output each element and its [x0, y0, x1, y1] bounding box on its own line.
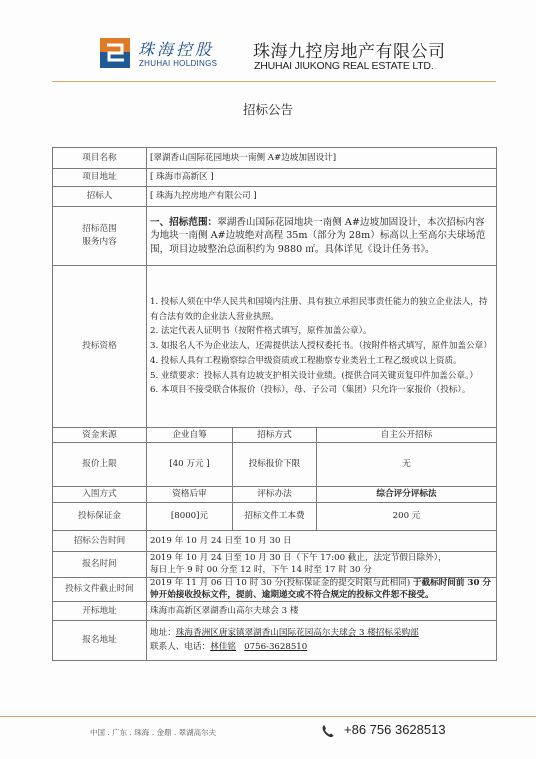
opening-address-label: 开标地址	[53, 602, 147, 621]
logo-english-name: ZHUHAI HOLDINGS	[139, 59, 217, 68]
project-address-label: 项目地址	[53, 169, 147, 187]
tenderer-value: [ 珠海九控房地产有限公司 ]	[147, 187, 497, 207]
project-name-value: [翠湖香山国际花园地块一南侧 A#边坡加固设计]	[147, 148, 497, 169]
tender-notice-table: 项目名称 [翠湖香山国际花园地块一南侧 A#边坡加固设计] 项目地址 [ 珠海市…	[52, 147, 497, 661]
company-name-en: ZHUHAI JIUKONG REAL ESTATE LTD.	[254, 60, 434, 72]
document-fee-label: 招标文件工本费	[233, 503, 317, 531]
project-name-label: 项目名称	[53, 148, 147, 169]
footer-divider	[0, 716, 536, 717]
funding-value: 企业自筹	[147, 428, 233, 443]
shortlist-label: 入围方式	[53, 487, 147, 503]
evaluation-method-value: 综合评分评标法	[317, 487, 497, 503]
signup-address-line: 地址：珠海香洲区唐家镇翠湖香山国际花园高尔夫球会 3 楼招标采购部	[150, 627, 493, 640]
signup-time-value: 2019 年 10 月 24 日至 10 月 30 日（下午 17:00 截止，…	[147, 552, 497, 578]
signup-address: 珠海香洲区唐家镇翠湖香山国际花园高尔夫球会 3 楼招标采购部	[176, 628, 419, 638]
table-row: 资金来源 企业自筹 招标方式 自主公开招标	[53, 428, 497, 443]
logo-chinese-name: 珠海控股	[138, 37, 214, 60]
table-row: 招标范围 服务内容 一、招标范围：翠湖香山国际花园地块一南侧 A#边坡加固设计，…	[53, 207, 497, 266]
contact-phone: 0756-3628510	[244, 642, 307, 652]
deadline-time: 2019 年 11 月 06 日 10 时 30 分(投标保证金的提交时限与此相…	[150, 578, 413, 588]
qualification-item: 5. 业绩要求：投标人具有边坡支护相关设计业绩。(提供合同关键页复印件加盖公章。…	[150, 369, 493, 384]
qualification-item: 6. 本项目不接受联合体报价（投标），母、子公司（集团）只允许一家报价（投标）。	[150, 383, 493, 398]
table-row: 项目地址 [ 珠海市高新区 ]	[53, 169, 497, 187]
contact-line: 联系人、电话：林佳铭 0756-3628510	[150, 641, 493, 654]
company-name-cn: 珠海九控房地产有限公司	[253, 37, 446, 62]
qualification-item: 3. 如报名人不为企业法人，还需提供法人授权委托书。（按附件格式填写，原件加盖公…	[150, 339, 493, 354]
scope-label: 招标范围 服务内容	[53, 207, 147, 266]
contact-name: 林佳铭	[210, 642, 236, 652]
bidding-method-label: 招标方式	[233, 428, 317, 443]
deadline-label: 投标文件截止时间	[53, 578, 147, 602]
table-row: 投标文件截止时间 2019 年 11 月 06 日 10 时 30 分(投标保证…	[53, 578, 497, 602]
table-row: 报价上限 [40 万元 ] 投标报价下限 无	[53, 443, 497, 487]
signup-address-value: 地址：珠海香洲区唐家镇翠湖香山国际花园高尔夫球会 3 楼招标采购部 联系人、电话…	[147, 621, 497, 661]
table-row: 招标人 [ 珠海九控房地产有限公司 ]	[53, 187, 497, 207]
price-floor-label: 投标报价下限	[233, 443, 317, 487]
signup-time-line1: 2019 年 10 月 24 日至 10 月 30 日（下午 17:00 截止，…	[150, 553, 493, 565]
qualification-item: 2. 法定代表人证明书（按附件格式填写，原件加盖公章）。	[150, 324, 493, 339]
scope-label-line2: 服务内容	[56, 236, 143, 249]
price-floor-value: 无	[317, 443, 497, 487]
scope-heading: 一、招标范围：	[150, 217, 217, 228]
price-cap-label: 报价上限	[53, 443, 147, 487]
qualification-item: 4. 投标人具有工程勘察综合甲级资质或工程勘察专业类岩土工程乙级或以上资质。	[150, 354, 493, 369]
signup-address-label: 报名地址	[53, 621, 147, 661]
evaluation-method-label: 评标办法	[233, 487, 317, 503]
header-divider	[52, 81, 496, 82]
contact-prefix: 联系人、电话：	[150, 642, 210, 652]
opening-address-value: 珠海市高新区翠湖香山高尔夫球会 3 楼	[147, 602, 497, 621]
funding-label: 资金来源	[53, 428, 147, 443]
signup-time-label: 报名时间	[53, 552, 147, 578]
shortlist-value: 资格后审	[147, 487, 233, 503]
bidding-method-value: 自主公开招标	[317, 428, 497, 443]
price-cap-value: [40 万元 ]	[147, 443, 233, 487]
footer-phone: +86 756 3628513	[344, 722, 446, 737]
qualification-list: 1. 投标人须在中华人民共和国境内注册、具有独立承担民事责任能力的独立企业法人，…	[147, 266, 497, 428]
letterhead: 珠海控股 ZHUHAI HOLDINGS 珠海九控房地产有限公司 ZHUHAI …	[0, 0, 536, 82]
footer-location: 中国 . 广东 . 珠海 . 金鼎 . 翠湖高尔夫	[90, 727, 216, 738]
phone-icon	[322, 724, 334, 738]
project-address-value: [ 珠海市高新区 ]	[147, 169, 497, 187]
deadline-value: 2019 年 11 月 06 日 10 时 30 分(投标保证金的提交时限与此相…	[147, 578, 497, 602]
page-title: 招标公告	[0, 100, 536, 118]
qualification-item: 1. 投标人须在中华人民共和国境内注册、具有独立承担民事责任能力的独立企业法人，…	[150, 295, 493, 325]
qualification-label: 投标资格	[53, 266, 147, 428]
table-row: 报名时间 2019 年 10 月 24 日至 10 月 30 日（下午 17:0…	[53, 552, 497, 578]
document-fee-value: 200 元	[317, 503, 497, 531]
scope-value: 一、招标范围：翠湖香山国际花园地块一南侧 A#边坡加固设计，本次招标内容为地块一…	[147, 207, 497, 266]
table-row: 项目名称 [翠湖香山国际花园地块一南侧 A#边坡加固设计]	[53, 148, 497, 169]
announce-time-value: 2019 年 10 月 24 日至 10 月 30 日	[147, 531, 497, 552]
table-row: 报名地址 地址：珠海香洲区唐家镇翠湖香山国际花园高尔夫球会 3 楼招标采购部 联…	[53, 621, 497, 661]
table-row: 入围方式 资格后审 评标办法 综合评分评标法	[53, 487, 497, 503]
deposit-label: 投标保证金	[53, 503, 147, 531]
table-row: 招标公告时间 2019 年 10 月 24 日至 10 月 30 日	[53, 531, 497, 552]
table-row: 投标资格 1. 投标人须在中华人民共和国境内注册、具有独立承担民事责任能力的独立…	[53, 266, 497, 428]
tenderer-label: 招标人	[53, 187, 147, 207]
table-row: 投标保证金 [8000]元 招标文件工本费 200 元	[53, 503, 497, 531]
scope-label-line1: 招标范围	[56, 223, 143, 236]
company-logo-icon	[100, 38, 130, 68]
address-prefix: 地址：	[150, 628, 176, 638]
deposit-value: [8000]元	[147, 503, 233, 531]
signup-time-line2: 每日上午 9 时 00 分至 12 时，下午 14 时至 17 时 30 分	[150, 565, 493, 577]
table-row: 开标地址 珠海市高新区翠湖香山高尔夫球会 3 楼	[53, 602, 497, 621]
announce-time-label: 招标公告时间	[53, 531, 147, 552]
